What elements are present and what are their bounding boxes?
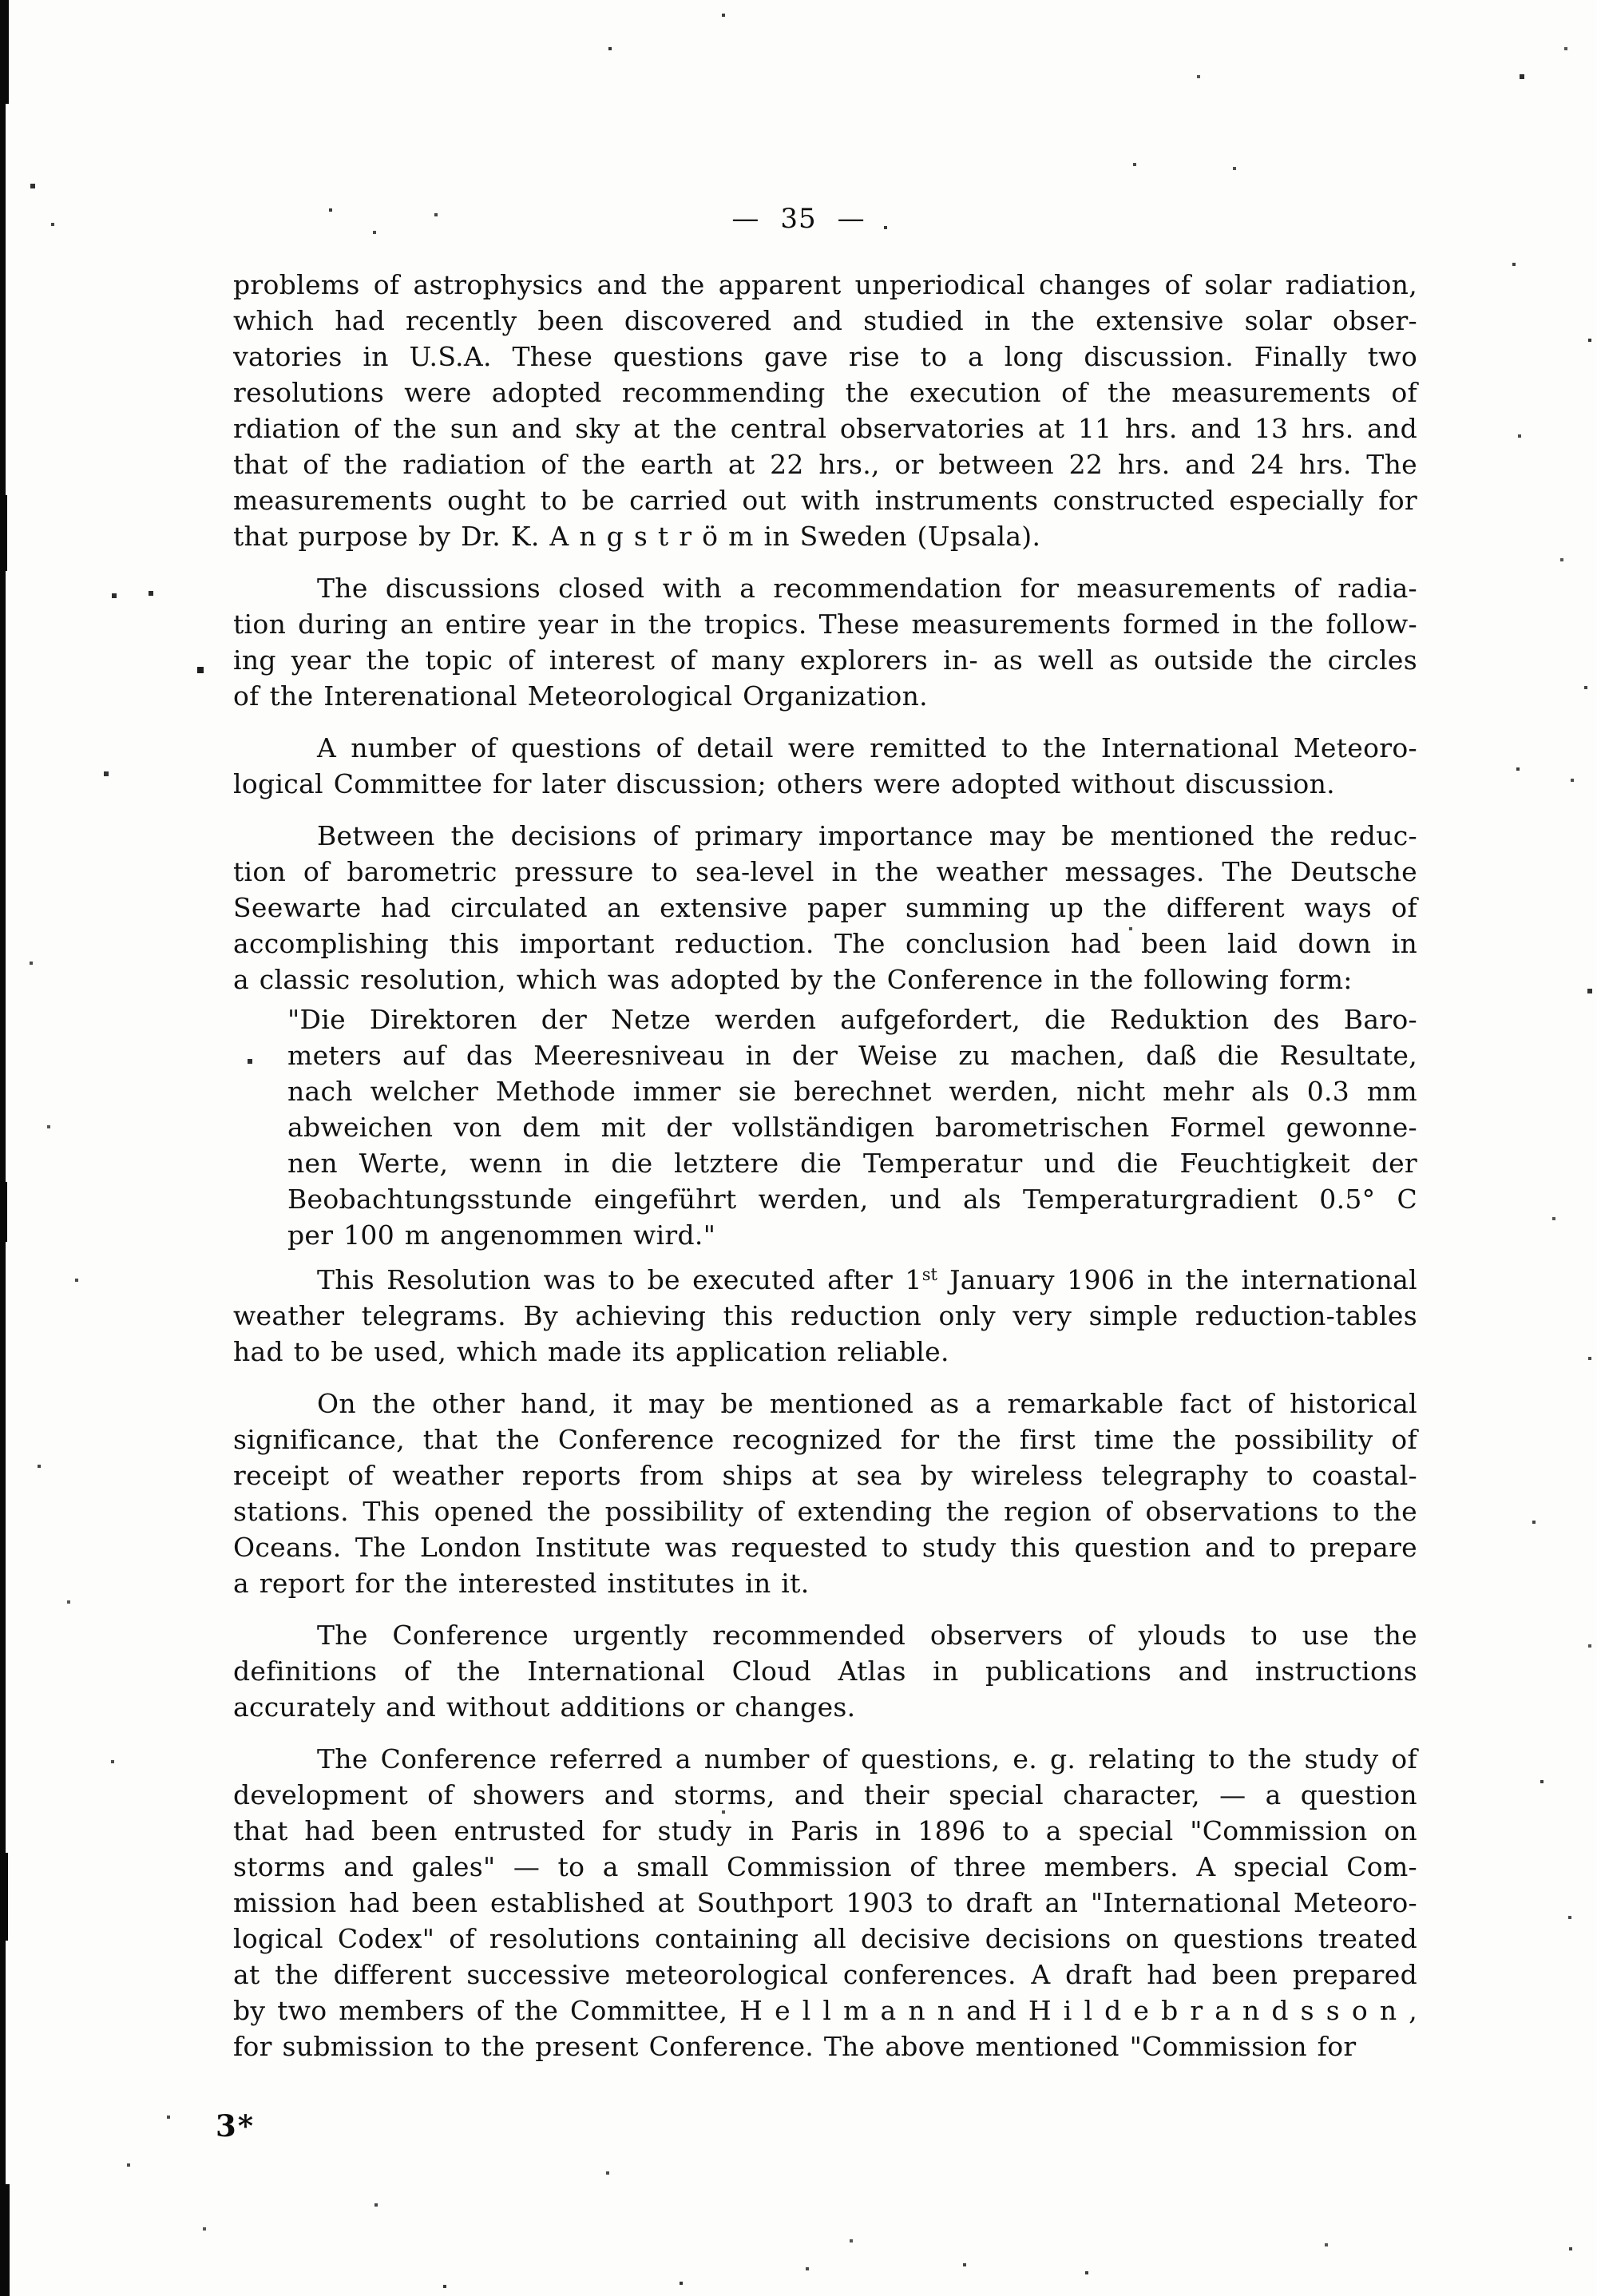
text-line: The Conference referred a number of ques… <box>233 1741 1417 1777</box>
scanned-page: { "document": { "header": { "dash_left":… <box>0 0 1597 2296</box>
text-line: had to be used, which made its applicati… <box>233 1334 1417 1370</box>
text-line: development of showers and storms, and t… <box>233 1777 1417 1813</box>
text-line: weather telegrams. By achieving this red… <box>233 1298 1417 1334</box>
text-line: tion of barometric pressure to sea-level… <box>233 854 1417 890</box>
blockquote-german-resolution: "Die Direktoren der Netze werden aufgefo… <box>287 1001 1417 1253</box>
text-line: stations. This opened the possibility of… <box>233 1493 1417 1529</box>
text-line: The Conference urgently recommended obse… <box>233 1617 1417 1653</box>
text-line: Between the decisions of primary importa… <box>233 818 1417 854</box>
page-number: 35 <box>780 203 816 235</box>
paragraph-commission-codex: The Conference referred a number of ques… <box>233 1741 1417 2064</box>
text-line: abweichen von dem mit der vollständigen … <box>287 1109 1417 1145</box>
text-line: a classic resolution, which was adopted … <box>233 962 1417 997</box>
header-dash-right: — <box>838 203 866 235</box>
superscript-text: st <box>922 1265 937 1284</box>
page-header: —35— <box>0 203 1597 235</box>
scan-edge-notch <box>0 1182 7 1242</box>
text-line: Oceans. The London Institute was request… <box>233 1529 1417 1565</box>
paragraph-resolution-execution: This Resolution was to be executed after… <box>233 1257 1417 1370</box>
text-line: A number of questions of detail were rem… <box>233 730 1417 766</box>
text-line: meters auf das Meeresniveau in der Weise… <box>287 1037 1417 1073</box>
paragraph-cloud-atlas: The Conference urgently recommended obse… <box>233 1617 1417 1725</box>
paragraph-barometric-reduction: Between the decisions of primary importa… <box>233 818 1417 997</box>
text-line: Beobachtungsstunde eingeführt werden, un… <box>287 1181 1417 1217</box>
text-line: measurements ought to be carried out wit… <box>233 482 1417 518</box>
text-line: accomplishing this important reduction. … <box>233 926 1417 962</box>
text-line: tion during an entire year in the tropic… <box>233 606 1417 642</box>
text-line: resolutions were adopted recommending th… <box>233 375 1417 410</box>
text-line: per 100 m angenommen wird." <box>287 1217 1417 1253</box>
text-line: that of the radiation of the earth at 22… <box>233 446 1417 482</box>
paragraph-tropics-recommendation: The discussions closed with a recommenda… <box>233 570 1417 714</box>
text-line: by two members of the Committee, H e l l… <box>233 1993 1417 2028</box>
scan-noise <box>0 0 2 2</box>
text-line: significance, that the Conference recogn… <box>233 1422 1417 1457</box>
text-segment: January 1906 in the international <box>937 1264 1417 1295</box>
paragraph-wireless-telegraphy: On the other hand, it may be mentioned a… <box>233 1386 1417 1601</box>
text-line: vatories in U.S.A. These questions gave … <box>233 339 1417 375</box>
text-line: logical Committee for later discussion; … <box>233 766 1417 802</box>
text-line: mission had been established at Southpor… <box>233 1885 1417 1921</box>
text-line: accurately and without additions or chan… <box>233 1689 1417 1725</box>
header-dash-left: — <box>731 203 759 235</box>
text-line: that purpose by Dr. K. A n g s t r ö m i… <box>233 518 1417 554</box>
text-line: nach welcher Methode immer sie berechnet… <box>287 1073 1417 1109</box>
text-line: storms and gales" — to a small Commissio… <box>233 1849 1417 1885</box>
text-column: problems of astrophysics and the apparen… <box>233 267 1417 2080</box>
text-segment: This Resolution was to be executed after… <box>317 1264 922 1295</box>
signature-mark: 3* <box>216 2108 255 2143</box>
text-line: definitions of the International Cloud A… <box>233 1653 1417 1689</box>
paragraph-questions-remitted: A number of questions of detail were rem… <box>233 730 1417 802</box>
text-line: that had been entrusted for study in Par… <box>233 1813 1417 1849</box>
text-line: On the other hand, it may be mentioned a… <box>233 1386 1417 1422</box>
text-line: which had recently been discovered and s… <box>233 303 1417 339</box>
scan-edge-artifact <box>0 0 6 2296</box>
text-line: problems of astrophysics and the apparen… <box>233 267 1417 303</box>
scan-edge-notch <box>0 1853 8 1941</box>
paragraph-radiation-resolutions: problems of astrophysics and the apparen… <box>233 267 1417 554</box>
text-line: for submission to the present Conference… <box>233 2028 1417 2064</box>
text-line: of the Interenational Meteorological Org… <box>233 678 1417 714</box>
scan-edge-notch <box>0 495 7 571</box>
text-line: logical Codex" of resolutions containing… <box>233 1921 1417 1957</box>
text-line: "Die Direktoren der Netze werden aufgefo… <box>287 1001 1417 1037</box>
text-line: This Resolution was to be executed after… <box>233 1257 1417 1298</box>
text-line: The discussions closed with a recommenda… <box>233 570 1417 606</box>
scan-edge-notch <box>0 0 9 104</box>
text-line: ing year the topic of interest of many e… <box>233 642 1417 678</box>
text-line: at the different successive meteorologic… <box>233 1957 1417 1993</box>
scan-edge-notch <box>0 2184 10 2296</box>
text-line: a report for the interested institutes i… <box>233 1565 1417 1601</box>
text-line: rdiation of the sun and sky at the centr… <box>233 410 1417 446</box>
text-line: receipt of weather reports from ships at… <box>233 1457 1417 1493</box>
text-line: Seewarte had circulated an extensive pap… <box>233 890 1417 926</box>
text-line: nen Werte, wenn in die letztere die Temp… <box>287 1145 1417 1181</box>
